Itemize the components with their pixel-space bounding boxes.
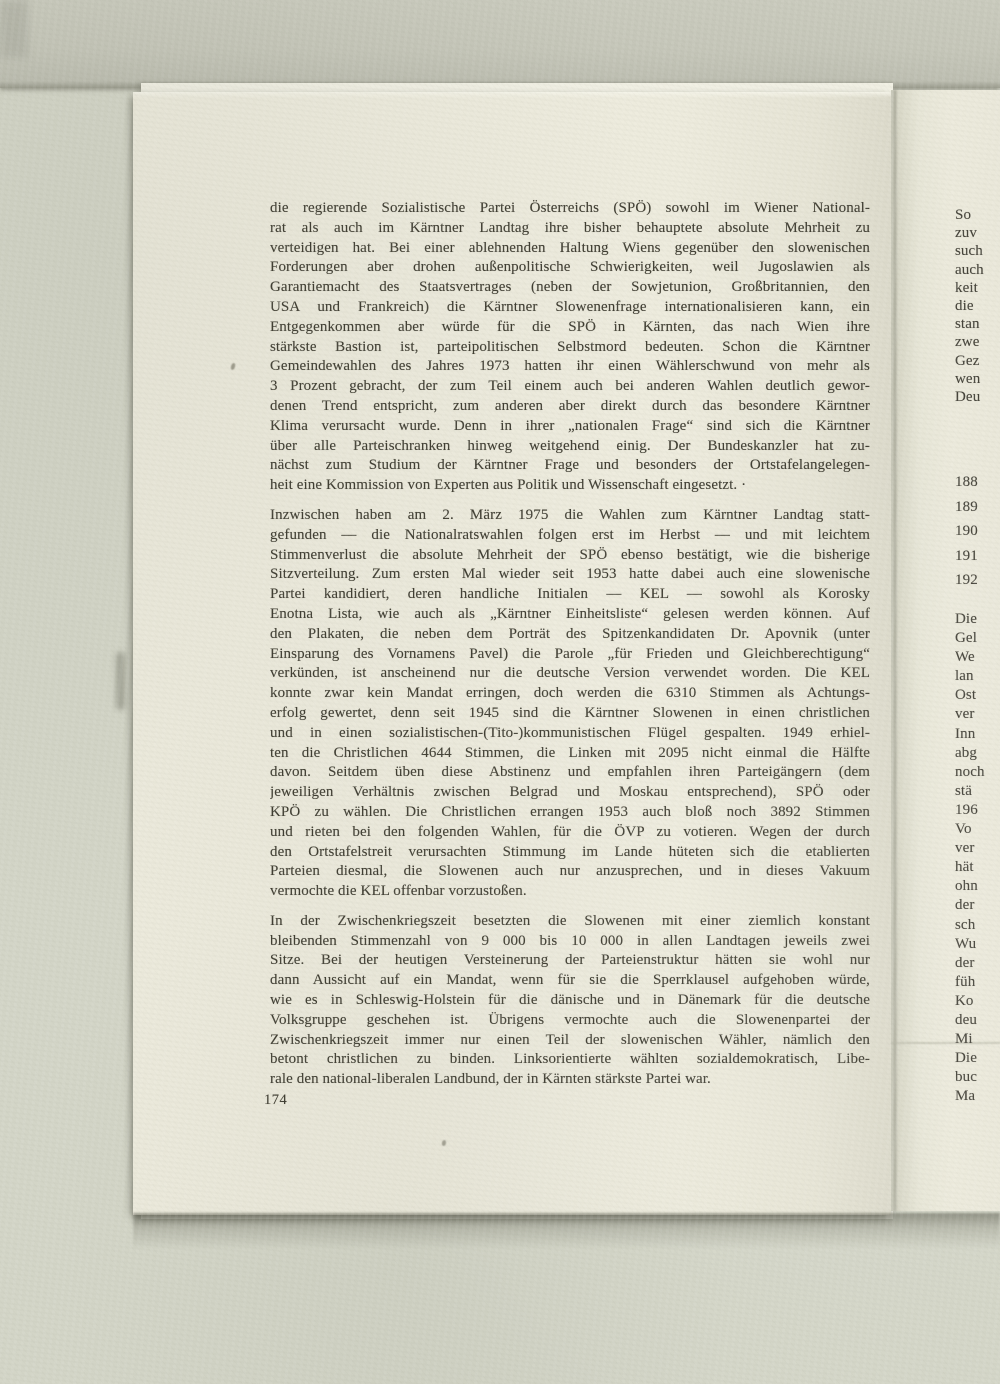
text-line: davon. Seitdem üben diese Abstinenz und … [270,763,870,783]
text-line: zuv [955,224,1000,242]
text-line: vermochte die KEL offenbar vorzustoßen. [270,882,870,902]
text-line: Klima verursacht wurde. Denn in ihrer „n… [270,417,870,437]
text-line: zwe [955,333,1000,351]
text-line: rale den national-liberalen Landbund, de… [270,1070,870,1090]
paragraph-3: In der Zwischenkriegszeit besetzten die … [270,912,870,1090]
text-line: ohn [955,877,1000,896]
text-line: füh [955,973,1000,992]
text-line: 190 [955,519,1000,544]
text-line: KPÖ zu wählen. Die Christlichen errangen… [270,803,870,823]
right-page-text-fragment: SozuvsuchauchkeitdiestanzweGezwenDeu [955,206,1000,406]
text-line: Forderungen aber drohen außenpolitische … [270,258,870,278]
text-line: Entgegenkommen aber würde für die SPÖ in… [270,318,870,338]
text-line: 196 [955,801,1000,820]
text-line: Mi [955,1030,1000,1049]
text-line: deu [955,1011,1000,1030]
text-line: konnte zwar kein Mandat erringen, doch w… [270,684,870,704]
edge-smudge [116,652,125,710]
text-line: die [955,297,1000,315]
text-line: Zwischenkriegszeit immer nur einen Teil … [270,1031,870,1051]
text-line: jeweiligen Verhältnis zwischen Belgrad u… [270,783,870,803]
text-line: Sitze. Bei der heutigen Versteinerung de… [270,951,870,971]
text-line: Die [955,1049,1000,1068]
text-line: Ost [955,686,1000,705]
text-line: sch [955,916,1000,935]
text-line: dann Aussicht auf ein Mandat, wenn für s… [270,971,870,991]
text-line: 192 [955,568,1000,593]
text-line: denen Trend entspricht, zum anderen aber… [270,397,870,417]
text-line: abg [955,744,1000,763]
text-line: Vo [955,820,1000,839]
text-line: In der Zwischenkriegszeit besetzten die … [270,912,870,932]
text-line: die regierende Sozialistische Partei Öst… [270,199,870,219]
text-line: ver [955,839,1000,858]
text-line: heit eine Kommission von Experten aus Po… [270,476,870,496]
text-line: über alle Parteischranken hinweg weitgeh… [270,437,870,457]
text-line: Volksgruppe geschehen ist. Übrigens verm… [270,1011,870,1031]
text-line: nächst zum Studium der Kärntner Frage un… [270,456,870,476]
text-line: Garantiemacht des Staatsvertrages (neben… [270,278,870,298]
text-line: gefunden — die Nationalratswahlen folgen… [270,526,870,546]
text-line: auch [955,261,1000,279]
right-page-year-table-fragment: 188189190191192 [955,470,1000,593]
text-line: 191 [955,544,1000,569]
text-line: Die [955,610,1000,629]
text-line: erfolg gewertet, denn seit 1945 sind die… [270,704,870,724]
text-line: und in einen sozialistischen-(Tito-)komm… [270,724,870,744]
text-line: keit [955,279,1000,297]
text-line: rat als auch im Kärntner Landtag ihre bi… [270,219,870,239]
text-line: buc [955,1068,1000,1087]
text-line: Deu [955,388,1000,406]
text-line: Parteien diesmal, die Slowenen auch nur … [270,862,870,882]
text-line: stan [955,315,1000,333]
text-line: Gemeindewahlen des Jahres 1973 hatten ih… [270,357,870,377]
text-line: noch [955,763,1000,782]
text-line: Inn [955,725,1000,744]
right-page-text-fragment-2: DieGelWelanOstverInnabgnochstä196Voverhä… [955,610,1000,1106]
scanned-book-page-photo: { "doc": { "kind": "scanned book page (G… [0,0,1000,1384]
page-drop-shadow [133,1213,1000,1249]
text-line: Ko [955,992,1000,1011]
text-line: hät [955,858,1000,877]
text-line: verteidigen hat. Bei einer ablehnenden H… [270,239,870,259]
text-line: den Ortstafelstreit verursachten Stimmun… [270,843,870,863]
text-line: lan [955,667,1000,686]
text-line: wie es in Schleswig-Holstein für die dän… [270,991,870,1011]
text-line: Ma [955,1087,1000,1106]
text-line: 188 [955,470,1000,495]
text-line: bleibenden Stimmenzahl von 9 000 bis 10 … [270,932,870,952]
text-line: Stimmenverlust die absolute Mehrheit der… [270,546,870,566]
page-text-block: die regierende Sozialistische Partei Öst… [270,199,870,1090]
text-line: stä [955,782,1000,801]
text-line: den Plakaten, die neben dem Porträt des … [270,625,870,645]
text-line: So [955,206,1000,224]
right-book-page: SozuvsuchauchkeitdiestanzweGezwenDeu 188… [891,90,1000,1211]
text-line: Wu [955,935,1000,954]
text-line: Sitzverteilung. Zum ersten Mal wieder se… [270,565,870,585]
text-line: ver [955,705,1000,724]
text-line: 189 [955,495,1000,520]
page-number: 174 [264,1092,287,1109]
text-line: betont christlichen zu binden. Linksorie… [270,1050,870,1070]
scan-background: die regierende Sozialistische Partei Öst… [0,0,1000,1384]
text-line: Gez [955,352,1000,370]
text-line: USA und Frankreich) die Kärntner Slowene… [270,298,870,318]
text-line: Einsparung des Vornamens Pavel) die Paro… [270,645,870,665]
text-line: wen [955,370,1000,388]
text-line: und rieten bei den folgenden Wahlen, für… [270,823,870,843]
scanner-top-band [0,0,1000,88]
text-line: Enotna Lista, wie auch als „Kärntner Ein… [270,605,870,625]
text-line: such [955,242,1000,260]
text-line: ten die Christlichen 4644 Stimmen, die L… [270,744,870,764]
text-line: 3 Prozent gebracht, der zum Teil einem a… [270,377,870,397]
text-line: Inzwischen haben am 2. März 1975 die Wah… [270,506,870,526]
paragraph-1: die regierende Sozialistische Partei Öst… [270,199,870,496]
text-line: We [955,648,1000,667]
text-line: stärkste Bastion ist, parteipolitischen … [270,338,870,358]
scanner-corner-shadow [0,0,28,58]
text-line: der [955,954,1000,973]
text-line: der [955,896,1000,915]
text-line: verkünden, ist anscheinend nur die deuts… [270,664,870,684]
text-line: Partei kandidiert, deren handliche Initi… [270,585,870,605]
paragraph-2: Inzwischen haben am 2. März 1975 die Wah… [270,506,870,902]
text-line: Gel [955,629,1000,648]
left-book-page: die regierende Sozialistische Partei Öst… [133,92,891,1215]
